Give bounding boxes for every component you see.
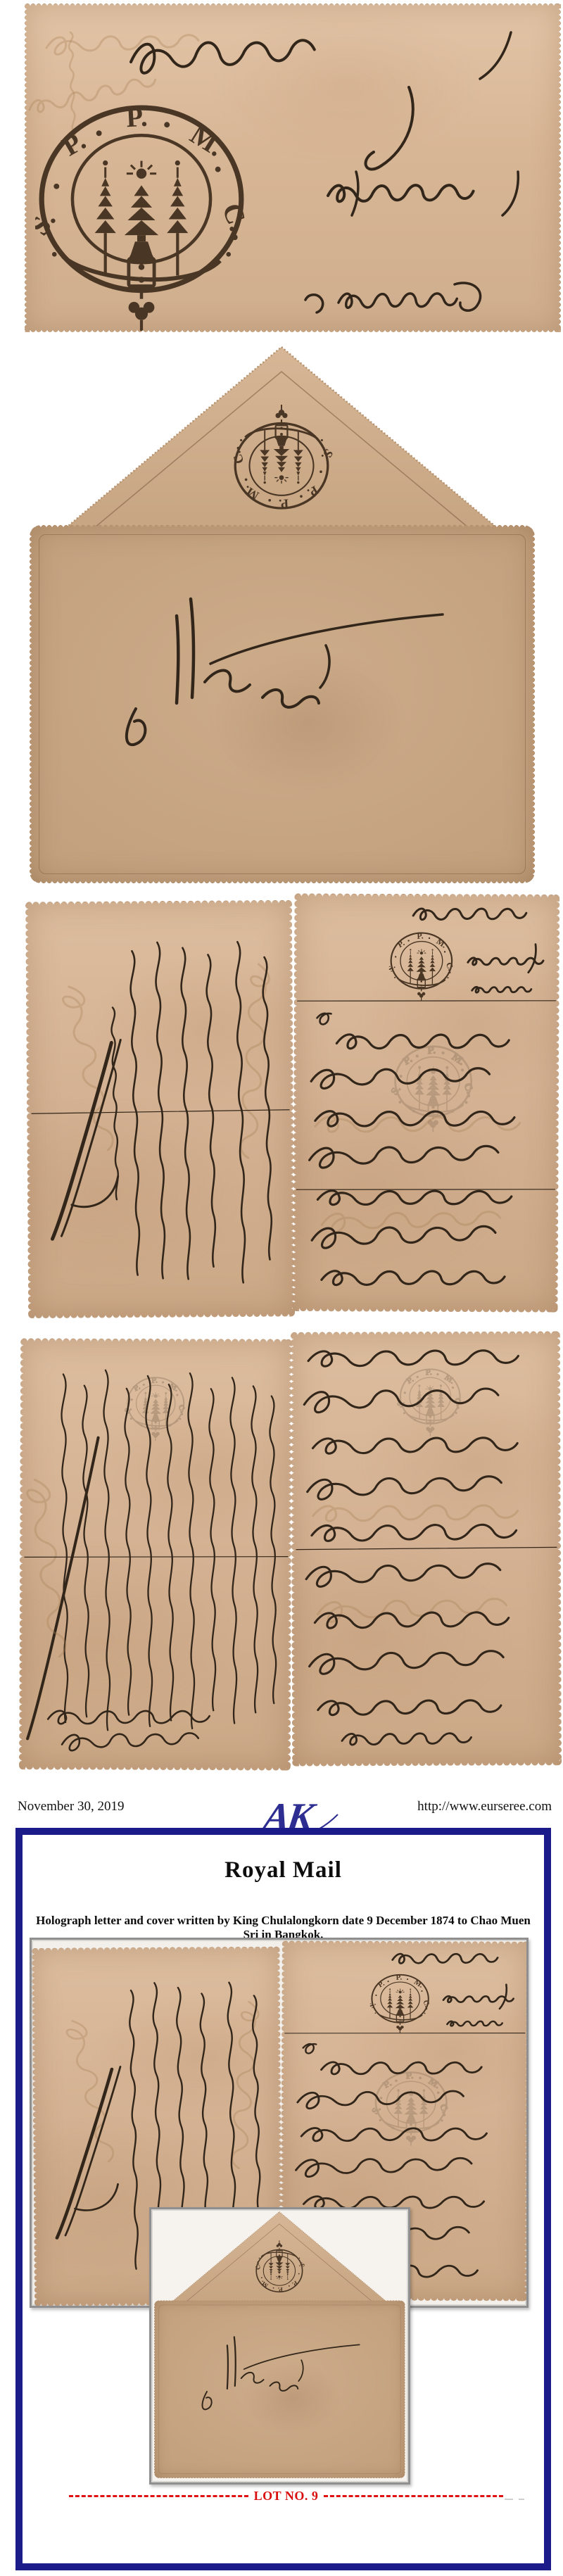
- letter-page-left: [25, 900, 295, 1319]
- lot-title: Royal Mail: [23, 1857, 544, 1883]
- royal-seal-sppmc-icon: [35, 97, 248, 335]
- lot-envelope-photo: [149, 2207, 410, 2485]
- cover-front-photo: [25, 4, 561, 332]
- letter-spread-1-photo: [27, 894, 557, 1316]
- auction-catalog-page: November 30, 2019 AK http://www.eurseree…: [0, 0, 563, 2576]
- footer-website-url: http://www.eurseree.com: [417, 1799, 552, 1814]
- letterhead-seal-sppmc-icon: [389, 930, 454, 1002]
- red-dashed-rule-right: [324, 2495, 503, 2497]
- letter-page-right: [293, 893, 560, 1313]
- thai-handwriting: [20, 1339, 291, 1769]
- envelope-body: [30, 525, 535, 883]
- letter-page-left: [19, 1338, 292, 1770]
- envelope-flap: [28, 345, 535, 556]
- envelope-body: [154, 2300, 405, 2478]
- lot-number-divider: LOT NO. 9: [69, 2489, 503, 2504]
- letterhead-seal-sppmc-icon: [370, 1972, 431, 2035]
- footer-date: November 30, 2019: [18, 1799, 124, 1814]
- letter-spread-2-photo: [20, 1332, 559, 1770]
- red-dashed-rule-left: [69, 2495, 248, 2497]
- lot-number-label: LOT NO. 9: [254, 2489, 319, 2504]
- thai-address-handwriting: [30, 526, 534, 883]
- letter-page-right: [291, 1331, 562, 1766]
- lot-description-box: Royal Mail Holograph letter and cover wr…: [15, 1828, 551, 2570]
- envelope-back-photo: [28, 345, 535, 883]
- thai-handwriting: [26, 901, 294, 1318]
- thai-address-handwriting: [154, 2301, 405, 2478]
- pencil-marks: [505, 2496, 533, 2502]
- thai-handwriting: [291, 1332, 561, 1765]
- envelope-back-photo: [153, 2211, 405, 2478]
